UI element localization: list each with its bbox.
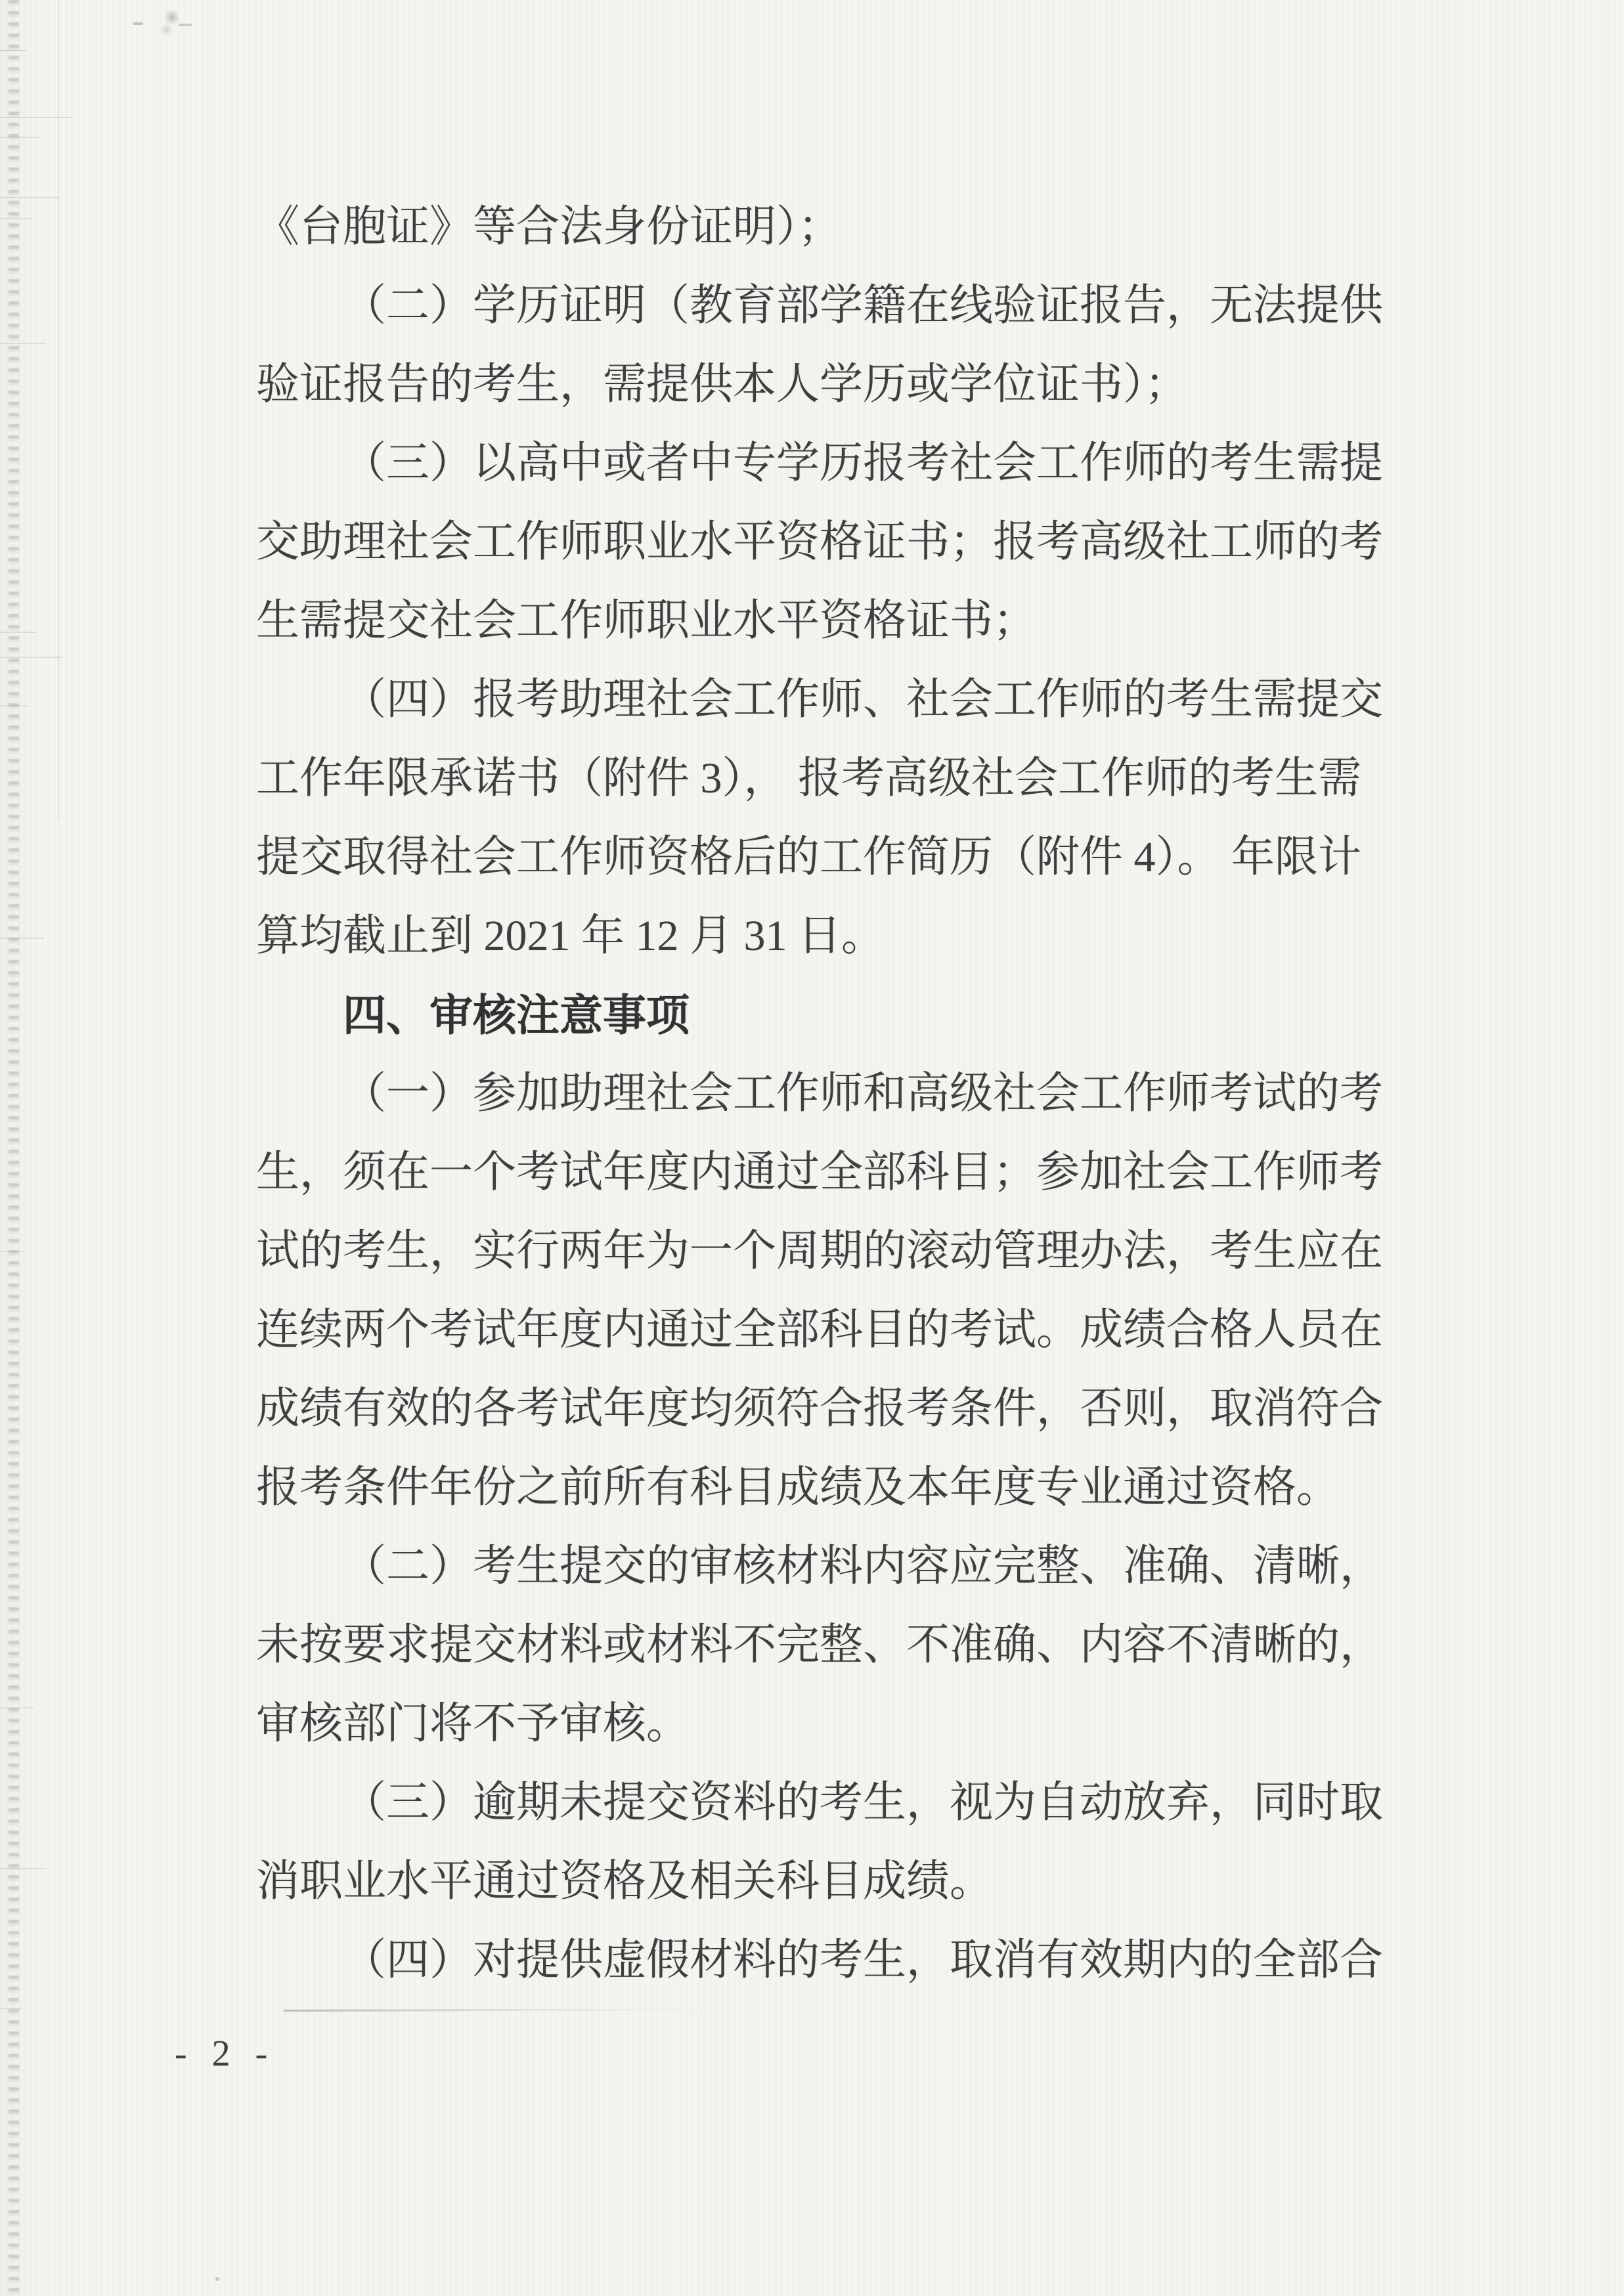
page-number: - 2 -: [175, 2033, 275, 2075]
scan-paper-fold-line: [58, 0, 59, 821]
text-line: （四）对提供虚假材料的考生，取消有效期内的全部合: [256, 1921, 1383, 2000]
ink-speck: [133, 22, 143, 25]
text-line: （四）报考助理社会工作师、社会工作师的考生需提交: [256, 661, 1383, 739]
scan-edge-mark: [0, 343, 46, 344]
section-heading: 四、审核注意事项: [256, 976, 1383, 1054]
scan-edge-mark: [0, 938, 43, 939]
text-line: 审核部门将不予审核。: [256, 1685, 1383, 1764]
scan-edge-mark: [0, 1251, 25, 1252]
scan-edge-mark: [0, 2008, 22, 2009]
text-line: 报考条件年份之前所有科目成绩及本年度专业通过资格。: [256, 1448, 1383, 1527]
scan-edge-mark: [0, 632, 36, 633]
scan-edge-mark: [0, 657, 62, 658]
text-line: 生需提交社会工作师职业水平资格证书；: [256, 582, 1383, 661]
text-line: （一）参加助理社会工作师和高级社会工作师考试的考: [256, 1054, 1383, 1133]
text-line: 验证报告的考生，需提供本人学历或学位证书）；: [256, 345, 1383, 424]
text-line: 生，须在一个考试年度内通过全部科目；参加社会工作师考: [256, 1133, 1383, 1212]
text-line: 消职业水平通过资格及相关科目成绩。: [256, 1842, 1383, 1921]
text-line: 提交取得社会工作师资格后的工作简历（附件 4）。 年限计: [256, 818, 1383, 897]
scan-separator-line: [284, 2008, 717, 2012]
text-line: 未按要求提交材料或材料不完整、不准确、内容不清晰的，: [256, 1606, 1383, 1685]
scan-edge-mark: [0, 137, 39, 138]
ink-speck: [215, 2277, 219, 2281]
scan-edge-mark: [0, 117, 72, 118]
text-line: 成绩有效的各考试年度均须符合报考条件，否则，取消符合: [256, 1370, 1383, 1448]
scan-edge-bleed-strip: [9, 0, 19, 2296]
text-line: （三）以高中或者中专学历报考社会工作师的考生需提: [256, 424, 1383, 503]
scan-edge-mark: [0, 1868, 47, 1869]
text-line: （二）学历证明（教育部学籍在线验证报告，无法提供: [256, 267, 1383, 345]
text-line: （二）考生提交的审核材料内容应完整、准确、清晰，: [256, 1527, 1383, 1606]
document-body: 《台胞证》等合法身份证明）；（二）学历证明（教育部学籍在线验证报告，无法提供验证…: [256, 188, 1383, 2000]
text-line: 《台胞证》等合法身份证明）；: [256, 188, 1383, 267]
scan-edge-mark: [0, 1707, 34, 1708]
text-line: 交助理社会工作师职业水平资格证书；报考高级社工师的考: [256, 503, 1383, 582]
text-line: （三）逾期未提交资料的考生，视为自动放弃，同时取: [256, 1764, 1383, 1842]
scan-edge-mark: [0, 218, 32, 219]
scanned-document-page: 《台胞证》等合法身份证明）；（二）学历证明（教育部学籍在线验证报告，无法提供验证…: [0, 0, 1624, 2296]
scan-edge-mark: [0, 197, 59, 198]
text-line: 连续两个考试年度内通过全部科目的考试。成绩合格人员在: [256, 1291, 1383, 1370]
text-line: 工作年限承诺书（附件 3）， 报考高级社会工作师的考生需: [256, 739, 1383, 818]
text-line: 算均截止到 2021 年 12 月 31 日。: [256, 897, 1383, 976]
text-line: 试的考生，实行两年为一个周期的滚动管理办法，考生应在: [256, 1212, 1383, 1291]
ink-speck: [179, 24, 192, 26]
scan-edge-mark: [0, 705, 29, 706]
ink-smudge: [152, 1, 188, 45]
scan-edge-mark: [0, 50, 26, 51]
